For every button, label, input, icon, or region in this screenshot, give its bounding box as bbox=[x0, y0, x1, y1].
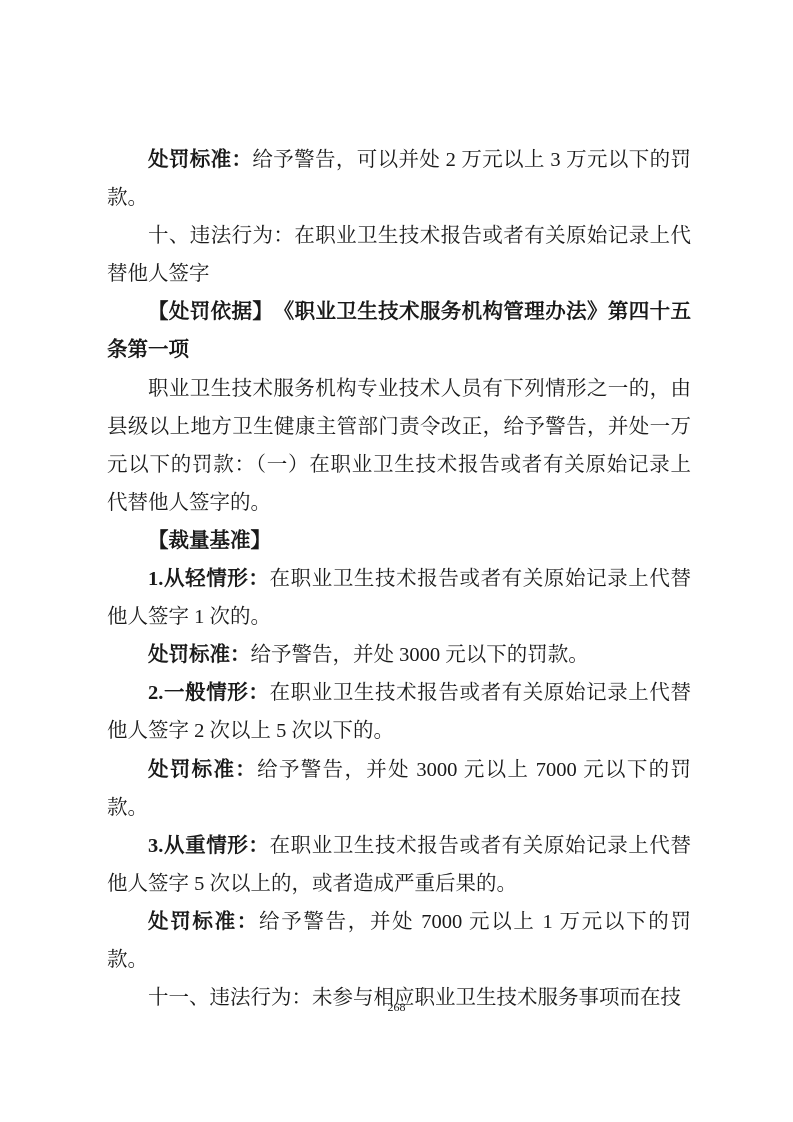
penalty-standard-paragraph: 处罚标准：给予警告，并处 3000 元以下的罚款。 bbox=[107, 636, 691, 674]
paragraph-text: 十、违法行为：在职业卫生技术报告或者有关原始记录上代替他人签字 bbox=[107, 225, 691, 285]
penalty-basis-heading: 【处罚依据】 《职业卫生技术服务机构管理办法》第四十五条第一项 bbox=[107, 293, 691, 369]
penalty-standard-paragraph: 处罚标准：给予警告，并处 7000 元以上 1 万元以下的罚款。 bbox=[107, 903, 691, 979]
paragraph-label: 【处罚依据】 《职业卫生技术服务机构管理办法》第四十五条第一项 bbox=[107, 301, 691, 361]
paragraph-label: 处罚标准： bbox=[148, 911, 259, 933]
violation-heading-ten: 十、违法行为：在职业卫生技术报告或者有关原始记录上代替他人签字 bbox=[107, 217, 691, 293]
penalty-standard-paragraph: 处罚标准：给予警告，并处 3000 元以上 7000 元以下的罚款。 bbox=[107, 751, 691, 827]
paragraph-text: 职业卫生技术服务机构专业技术人员有下列情形之一的，由县级以上地方卫生健康主管部门… bbox=[107, 378, 691, 514]
severe-circumstance-paragraph: 3.从重情形：在职业卫生技术报告或者有关原始记录上代替他人签字 5 次以上的，或… bbox=[107, 827, 691, 903]
paragraph-text: 给予警告，并处 3000 元以下的罚款。 bbox=[251, 644, 589, 666]
general-circumstance-paragraph: 2.一般情形：在职业卫生技术报告或者有关原始记录上代替他人签字 2 次以上 5 … bbox=[107, 674, 691, 750]
paragraph-label: 【裁量基准】 bbox=[148, 530, 271, 552]
paragraph-label: 处罚标准： bbox=[148, 644, 251, 666]
paragraph-label: 处罚标准： bbox=[148, 759, 257, 781]
legal-provision-paragraph: 职业卫生技术服务机构专业技术人员有下列情形之一的，由县级以上地方卫生健康主管部门… bbox=[107, 370, 691, 522]
discretion-standard-heading: 【裁量基准】 bbox=[107, 522, 691, 560]
paragraph-label: 1.从轻情形： bbox=[148, 568, 270, 590]
page-number: 268 bbox=[0, 1000, 793, 1015]
document-body: 处罚标准：给予警告，可以并处 2 万元以上 3 万元以下的罚款。 十、违法行为：… bbox=[107, 141, 691, 1017]
paragraph-label: 3.从重情形： bbox=[148, 835, 270, 857]
paragraph-label: 处罚标准： bbox=[148, 149, 252, 171]
penalty-standard-paragraph: 处罚标准：给予警告，可以并处 2 万元以上 3 万元以下的罚款。 bbox=[107, 141, 691, 217]
paragraph-label: 2.一般情形： bbox=[148, 682, 270, 704]
light-circumstance-paragraph: 1.从轻情形：在职业卫生技术报告或者有关原始记录上代替他人签字 1 次的。 bbox=[107, 560, 691, 636]
